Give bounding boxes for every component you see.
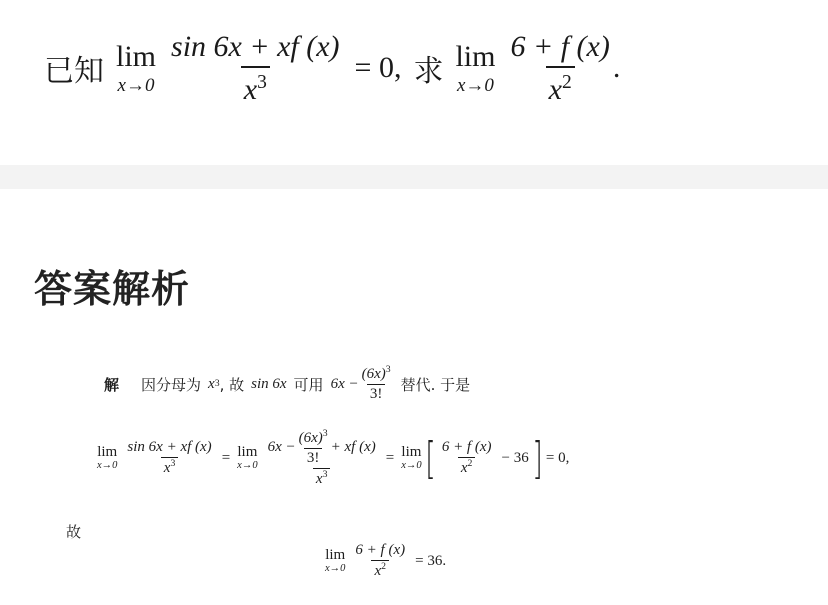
question-prefix: 已知 [44, 46, 104, 90]
limit-operator: lim x→0 [401, 445, 421, 472]
solution-line-1: 解 因分母为 x3 , 故 sin 6x 可用 6x − (6x)3 3! 替代… [104, 366, 470, 403]
given-fraction: sin 6x + xf (x) x3 [168, 31, 343, 106]
result-fraction: 6 + f (x) x2 [352, 543, 408, 580]
question-statement: 已知 lim x→0 sin 6x + xf (x) x3 = 0, 求 lim… [44, 28, 620, 108]
fraction-original: sin 6x + xf (x) x3 [124, 440, 214, 477]
limit-operator: lim x→0 [455, 42, 495, 95]
limit-operator: lim x→0 [97, 445, 117, 472]
given-equals: = 0, [355, 51, 402, 85]
fraction-target: 6 + f (x) x2 [439, 440, 495, 477]
taylor-term-fraction: (6x)3 3! [359, 366, 394, 403]
limit-operator: lim x→0 [116, 42, 156, 95]
section-title: 答案解析 [34, 258, 190, 313]
section-divider [0, 165, 828, 189]
left-bracket: [ [425, 437, 435, 481]
ask-fraction: 6 + f (x) x2 [507, 31, 612, 106]
solution-label: 解 [104, 374, 119, 395]
ask-word: 求 [413, 46, 443, 90]
result-value: = 36. [415, 553, 446, 570]
solution-result: lim x→0 6 + f (x) x2 = 36. [325, 543, 446, 580]
solution-line-3: 故 [66, 521, 81, 542]
solution-line-2: lim x→0 sin 6x + xf (x) x3 = lim x→0 6x … [97, 430, 569, 487]
limit-operator: lim x→0 [237, 445, 257, 472]
fraction-substituted: 6x − (6x)3 3! + xf (x) x3 [265, 430, 379, 487]
limit-operator: lim x→0 [325, 548, 345, 575]
question-period: . [613, 51, 621, 85]
right-bracket: ] [532, 437, 542, 481]
inner-fraction: (6x)3 3! [296, 430, 331, 467]
